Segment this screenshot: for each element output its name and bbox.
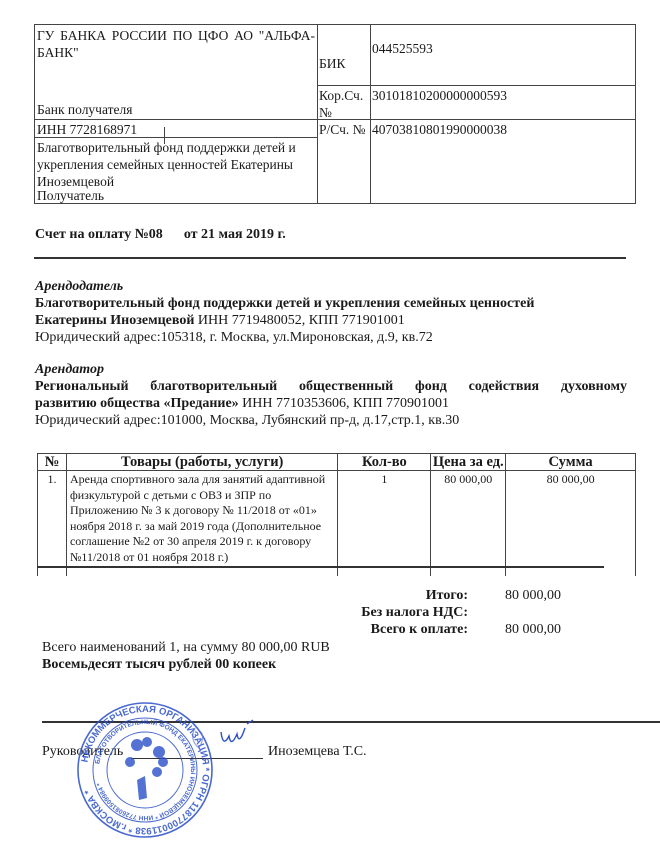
- bik-value: 044525593: [372, 40, 433, 57]
- col-header-price: Цена за ед.: [431, 454, 506, 471]
- col-header-qty: Кол-во: [338, 454, 431, 471]
- tenant-name-line2: развитию общества «Предание»: [35, 396, 239, 411]
- landlord-heading: Арендодатель: [35, 279, 123, 295]
- row-sum: 80 000,00: [506, 471, 636, 577]
- row-qty: 1: [338, 471, 431, 577]
- recipient-label: Получатель: [37, 187, 104, 204]
- settlement-account-value: 40703810801990000038: [372, 121, 507, 138]
- settlement-account-label: Р/Сч. №: [319, 121, 366, 138]
- items-table: № Товары (работы, услуги) Кол-во Цена за…: [37, 453, 636, 576]
- kor-account-value: 30101810200000000593: [372, 87, 507, 104]
- tenant-address: Юридический адрес:101000, Москва, Лубянс…: [35, 412, 627, 429]
- kor-account-label: Кор.Сч. №: [319, 87, 363, 121]
- recipient-inn: ИНН 7728168971: [37, 121, 137, 138]
- amount-due-label: Всего к оплате:: [268, 622, 468, 638]
- items-count-summary: Всего наименований 1, на сумму 80 000,00…: [42, 639, 330, 656]
- amount-in-words: Восемьдесят тысяч рублей 00 копеек: [42, 656, 276, 673]
- title-separator: [34, 257, 626, 259]
- landlord-name-line2: Екатерины Иноземцевой: [35, 313, 194, 328]
- row-number: 1.: [38, 471, 67, 577]
- tenant-heading: Арендатор: [35, 362, 104, 378]
- col-header-goods: Товары (работы, услуги): [66, 454, 338, 471]
- tenant-name-line1: Региональный благотворительный обществен…: [35, 378, 627, 395]
- vat-label: Без налога НДС:: [268, 605, 468, 621]
- handwritten-signature-icon: [185, 718, 265, 758]
- bank-details-table: ГУ БАНКА РОССИИ ПО ЦФО АО "АЛЬФА-БАНК" Б…: [34, 24, 636, 204]
- total-value: 80 000,00: [505, 588, 561, 604]
- landlord-address: Юридический адрес:105318, г. Москва, ул.…: [35, 329, 627, 346]
- bank-label: Банк получателя: [37, 101, 315, 118]
- tenant-details: Региональный благотворительный обществен…: [35, 378, 627, 429]
- landlord-name-line1: Благотворительный фонд поддержки детей и…: [35, 295, 627, 312]
- bik-label: БИК: [319, 55, 346, 72]
- recipient-name: Благотворительный фонд поддержки детей и…: [37, 139, 319, 190]
- table-row: 1. Аренда спортивного зала для занятий а…: [38, 471, 636, 577]
- signatory-name: Иноземцева Т.С.: [268, 743, 367, 760]
- invoice-title: Счет на оплату №08 от 21 мая 2019 г.: [35, 227, 286, 243]
- invoice-date: от 21 мая 2019 г.: [184, 227, 286, 242]
- svg-text:БЛАГОТВОРИТЕЛЬНЫЙ ФОНД ЕКАТЕРИ: БЛАГОТВОРИТЕЛЬНЫЙ ФОНД ЕКАТЕРИНЫ ИНОЗЕМЦ…: [94, 718, 196, 821]
- bank-name: ГУ БАНКА РОССИИ ПО ЦФО АО "АЛЬФА-БАНК": [37, 27, 315, 61]
- landlord-details: Благотворительный фонд поддержки детей и…: [35, 295, 627, 346]
- col-header-sum: Сумма: [506, 454, 636, 471]
- tenant-ids: ИНН 7710353606, КПП 770901001: [239, 396, 449, 411]
- row-price: 80 000,00: [431, 471, 506, 577]
- items-table-header: № Товары (работы, услуги) Кол-во Цена за…: [38, 454, 636, 471]
- amount-due-value: 80 000,00: [505, 622, 561, 638]
- total-label: Итого:: [268, 588, 468, 604]
- row-description: Аренда спортивного зала для занятий адап…: [66, 471, 338, 577]
- table-bottom-rule: [37, 566, 604, 568]
- invoice-number: Счет на оплату №08: [35, 227, 163, 242]
- col-header-number: №: [38, 454, 67, 471]
- landlord-ids: ИНН 7719480052, КПП 771901001: [194, 313, 404, 328]
